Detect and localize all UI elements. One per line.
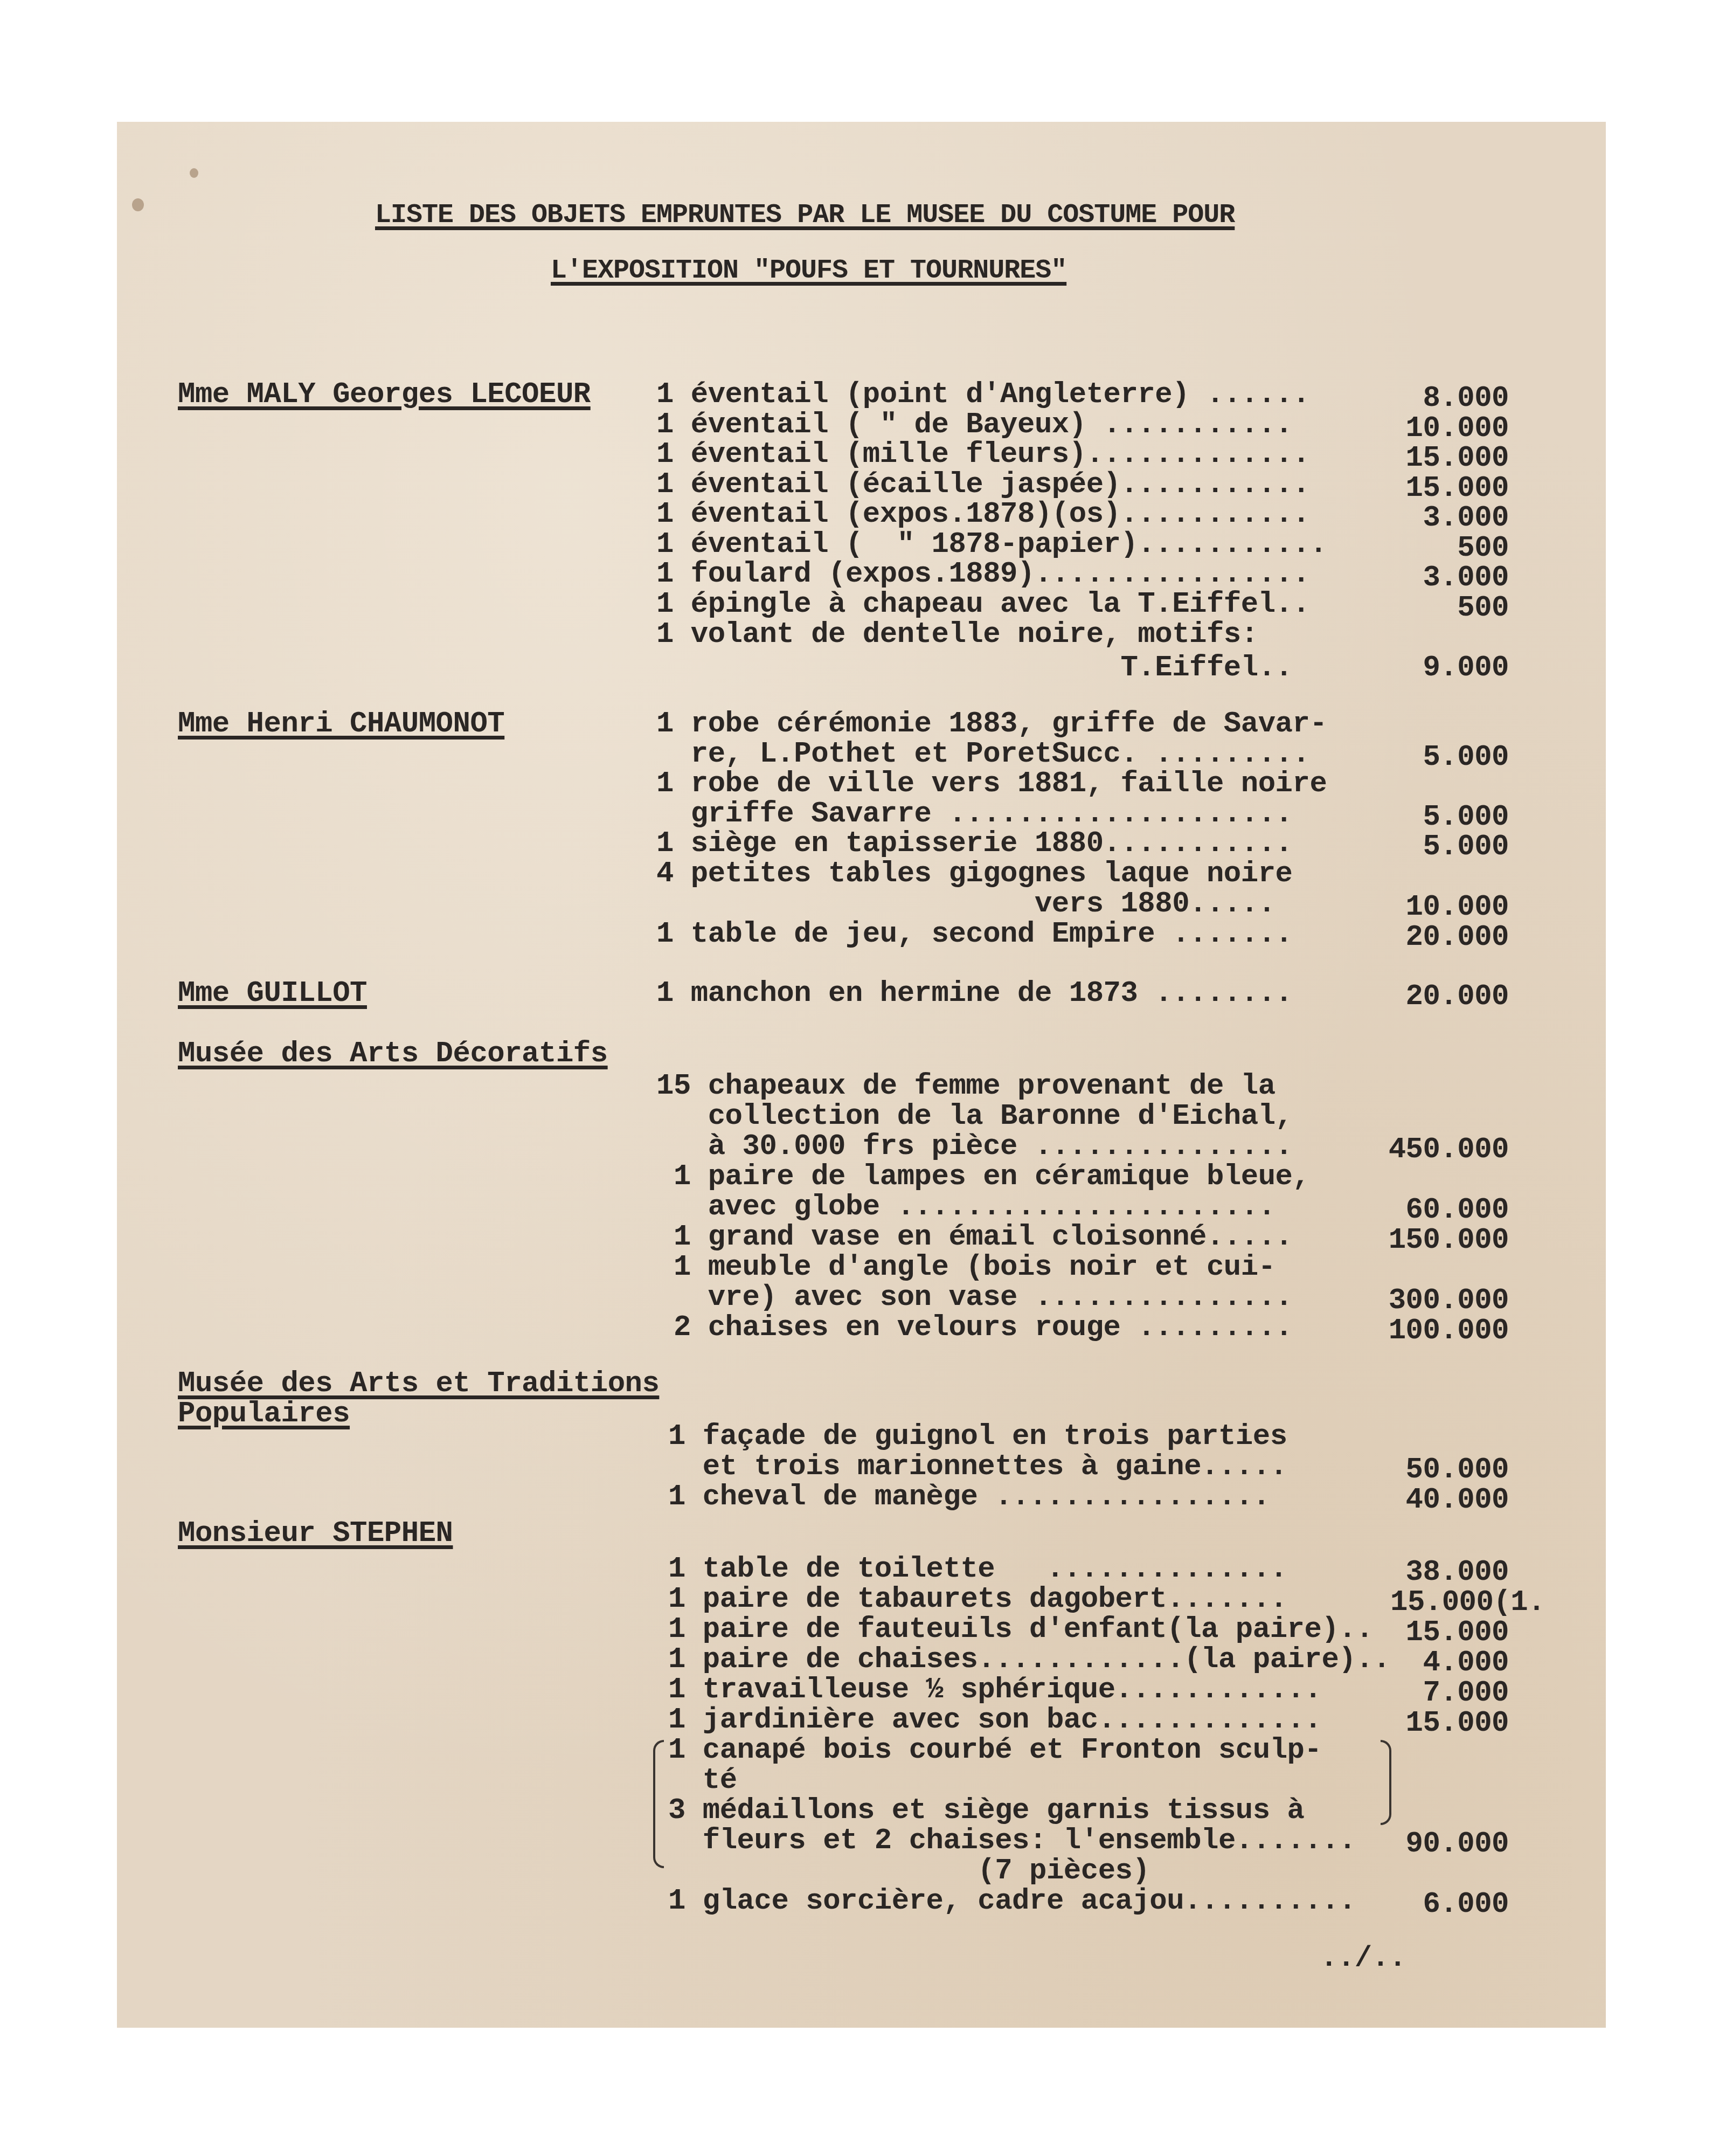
item-line: 1 robe cérémonie 1883, griffe de Savar- [656, 709, 1327, 740]
item-line: vre) avec son vase ............... [656, 1283, 1293, 1313]
page-continuation-mark: ../.. [1320, 1944, 1406, 1974]
lender-name: Mme Henri CHAUMONOT [178, 709, 504, 740]
item-value: 3.000 [1283, 563, 1509, 593]
item-line: T.Eiffel.. [656, 653, 1293, 683]
item-line: 15 chapeaux de femme provenant de la [656, 1072, 1276, 1102]
item-line: à 30.000 frs pièce ............... [656, 1132, 1293, 1162]
item-value: 10.000 [1283, 893, 1509, 923]
item-line: 1 manchon en hermine de 1873 ........ [656, 979, 1293, 1009]
item-line: 1 épingle à chapeau avec la T.Eiffel.. [656, 590, 1309, 620]
item-line: et trois marionnettes à gaine..... [668, 1452, 1287, 1482]
item-value: 100.000 [1283, 1316, 1509, 1346]
item-line: (7 pièces) [668, 1856, 1149, 1887]
document-title-line-1: LISTE DES OBJETS EMPRUNTES PAR LE MUSEE … [375, 201, 1235, 231]
right-brace [1381, 1740, 1391, 1825]
item-value: 90.000 [1283, 1829, 1509, 1860]
item-line: 1 foulard (expos.1889)................ [656, 559, 1309, 590]
left-brace [653, 1740, 664, 1868]
item-line: 1 glace sorcière, cadre acajou.......... [668, 1887, 1356, 1917]
lender-name-line-1: Musée des Arts et Traditions [178, 1369, 659, 1399]
item-line: 1 table de toilette .............. [668, 1554, 1287, 1585]
item-line: 1 table de jeu, second Empire ....... [656, 920, 1293, 950]
item-line: 1 volant de dentelle noire, motifs: [656, 620, 1258, 650]
item-line: 4 petites tables gigognes laque noire [656, 859, 1293, 889]
item-value: 150.000 [1283, 1226, 1509, 1256]
item-line: vers 1880..... [656, 889, 1276, 920]
item-value: 20.000 [1283, 982, 1509, 1012]
item-line: 1 travailleuse ½ sphérique............ [668, 1675, 1321, 1705]
punch-hole [190, 168, 198, 178]
item-line: té [668, 1766, 737, 1796]
item-value: 450.000 [1283, 1135, 1509, 1165]
item-line: griffe Savarre .................... [656, 799, 1293, 830]
item-line: 2 chaises en velours rouge ......... [656, 1313, 1293, 1343]
item-line: 1 canapé bois courbé et Fronton sculp- [668, 1736, 1321, 1766]
punch-hole [132, 198, 144, 211]
item-value: 20.000 [1283, 923, 1509, 953]
item-value: 40.000 [1283, 1485, 1509, 1516]
item-line: 1 paire de tabaurets dagobert....... [668, 1585, 1287, 1615]
item-value: 10.000 [1283, 414, 1509, 444]
item-value: 50.000 [1283, 1455, 1509, 1485]
item-line: 1 robe de ville vers 1881, faille noire [656, 769, 1327, 799]
item-line: 1 façade de guignol en trois parties [668, 1422, 1287, 1452]
item-value: 9.000 [1283, 653, 1509, 683]
item-line: fleurs et 2 chaises: l'ensemble....... [668, 1826, 1356, 1856]
lender-name: Mme GUILLOT [178, 979, 367, 1009]
item-line: collection de la Baronne d'Eichal, [656, 1102, 1293, 1132]
item-line: 1 éventail ( " de Bayeux) ........... [656, 410, 1293, 440]
item-line: 1 éventail (écaille jaspée)........... [656, 470, 1309, 500]
item-value: 15.000 [1283, 444, 1509, 474]
item-value: 15.000 [1283, 474, 1509, 504]
item-line: 1 éventail (mille fleurs)............. [656, 440, 1309, 470]
item-value: 5.000 [1283, 832, 1509, 862]
item-line: 1 éventail ( " 1878-papier)........... [656, 530, 1327, 560]
item-value: 300.000 [1283, 1286, 1509, 1316]
item-value: 60.000 [1283, 1196, 1509, 1226]
document-title-line-2: L'EXPOSITION "POUFS ET TOURNURES" [551, 256, 1066, 286]
lender-name-line-2: Populaires [178, 1399, 350, 1429]
item-value: 5.000 [1283, 803, 1509, 833]
item-line: re, L.Pothet et PoretSucc. ......... [656, 740, 1309, 770]
item-line: 1 jardinière avec son bac............. [668, 1705, 1321, 1736]
item-line: 1 éventail (point d'Angleterre) ...... [656, 380, 1309, 410]
item-line: 1 meuble d'angle (bois noir et cui- [656, 1253, 1276, 1283]
item-line: 1 paire de fauteuils d'enfant(la paire).… [668, 1615, 1373, 1645]
item-value: 500 [1283, 593, 1509, 624]
item-value: 500 [1283, 534, 1509, 564]
item-value: 38.000 [1283, 1558, 1509, 1588]
item-line: 1 cheval de manège ................ [668, 1482, 1270, 1512]
item-line: 1 siège en tapisserie 1880........... [656, 829, 1293, 859]
lender-name: Musée des Arts Décoratifs [178, 1039, 608, 1069]
item-line: 1 éventail (expos.1878)(os)........... [656, 500, 1309, 530]
item-line: 3 médaillons et siège garnis tissus à [668, 1796, 1305, 1826]
item-line: 1 grand vase en émail cloisonné..... [656, 1222, 1293, 1253]
item-value: 8.000 [1283, 384, 1509, 414]
lender-name: Monsieur STEPHEN [178, 1519, 453, 1549]
lender-name: Mme MALY Georges LECOEUR [178, 380, 591, 410]
item-value: 15.000(1. [1390, 1588, 1545, 1618]
item-line: 1 paire de lampes en céramique bleue, [656, 1162, 1309, 1192]
item-value: 6.000 [1283, 1890, 1509, 1920]
item-line: avec globe ...................... [656, 1192, 1276, 1222]
